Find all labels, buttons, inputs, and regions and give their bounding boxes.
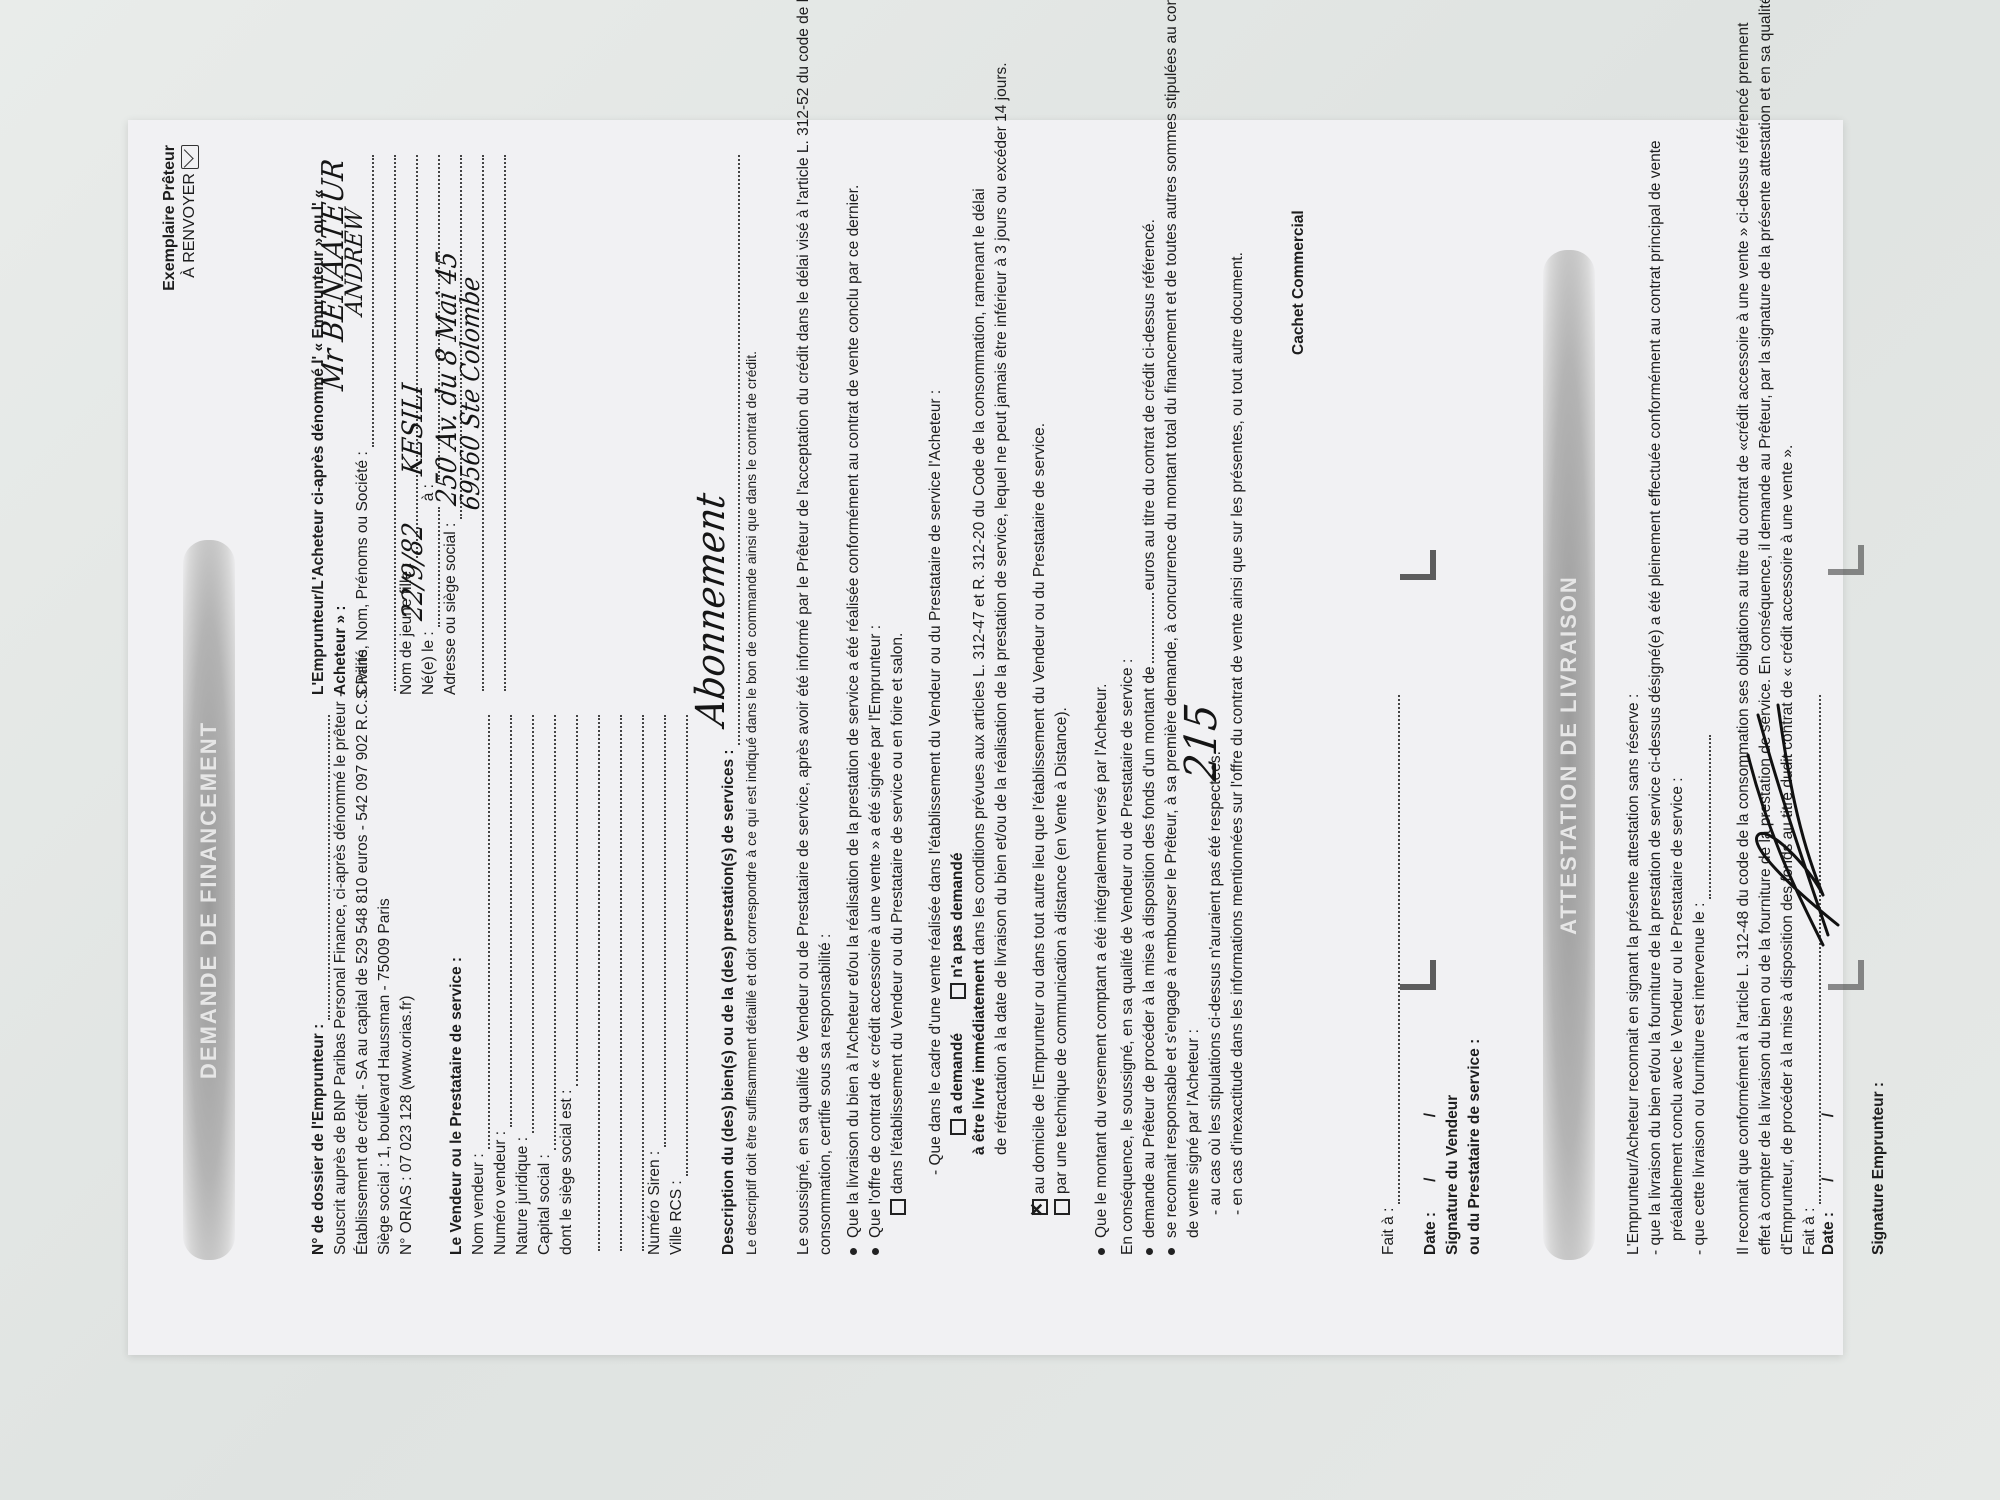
lender-info-line: Siège social : 1, boulevard Haussman - 7… — [374, 715, 396, 1255]
option-domicile[interactable]: au domicile de l'Emprunteur ou dans tout… — [1029, 145, 1051, 1255]
signature-corner-mark — [1400, 960, 1436, 990]
certification-consequence: En conséquence, le soussigné, en sa qual… — [1117, 145, 1139, 1255]
lender-info-line: N° ORIAS : 07 023 128 (www.orias.fr) — [396, 715, 418, 1255]
attestation-banner-title: ATTESTATION DE LIVRAISON — [1556, 575, 1582, 935]
attestation-section: L'Emprunteur/Acheteur reconnait en signa… — [1623, 145, 1711, 1255]
bullet-icon — [1098, 1248, 1105, 1255]
header-banner-title: DEMANDE DE FINANCEMENT — [196, 721, 222, 1079]
bullet-icon — [850, 1248, 857, 1255]
vendeur-field-numero[interactable]: Numéro vendeur : — [490, 715, 512, 1255]
handwritten-prenom: ANDREW — [340, 207, 368, 317]
livraison-conditions-line2: de rétractation à la date de livraison d… — [991, 145, 1013, 1255]
certification-intro: Le soussigné, en sa qualité de Vendeur o… — [793, 145, 815, 1255]
checkbox-na-pas-demande[interactable] — [950, 983, 966, 999]
vendeur-fait-a-field[interactable]: Fait à : — [1378, 695, 1400, 1255]
checkbox-a-demande[interactable] — [950, 1119, 966, 1135]
vendeur-title: Le Vendeur ou le Prestataire de service … — [446, 715, 468, 1255]
certification-bullet-versement: Que le montant du versement comptant a é… — [1091, 145, 1113, 1255]
option-demande-group: a demandé n'a pas demandé — [947, 145, 969, 1255]
copy-label: Exemplaire Prêteur À RENVOYER — [160, 145, 200, 355]
vendeur-field-siege-line3[interactable] — [600, 715, 622, 1255]
vendeur-section: Le Vendeur ou le Prestataire de service … — [446, 715, 688, 1255]
envelope-icon — [181, 145, 199, 169]
certification-cas1: - au cas où les stipulations ci-dessus n… — [1205, 145, 1227, 1255]
dossier-section: N° de dossier de l'Emprunteur : Souscrit… — [308, 715, 418, 1255]
lender-info-line: Établissement de crédit - SA au capital … — [352, 715, 374, 1255]
vendeur-field-nature[interactable]: Nature juridique : — [512, 715, 534, 1255]
copy-label-line2: À RENVOYER — [180, 145, 200, 355]
document-sheet-rotated: DEMANDE DE FINANCEMENT Exemplaire Prêteu… — [128, 120, 1843, 1355]
certification-bullet-livraison: Que la livraison du bien à l'Acheteur et… — [843, 145, 865, 1255]
attestation-signature-label: Signature Emprunteur : — [1868, 1082, 1890, 1255]
certification-bullet-offre: Que l'offre de contrat de « crédit acces… — [865, 145, 887, 1255]
bullet-icon — [1146, 1248, 1153, 1255]
option-etablissement[interactable]: dans l'établissement du Vendeur ou du Pr… — [887, 145, 909, 1255]
certification-demande-montant: demande au Prêteur de procéder à la mise… — [1139, 145, 1161, 1255]
lender-info-line: Souscrit auprès de BNP Paribas Personal … — [330, 715, 352, 1255]
vendeur-signature-label-line2: ou du Prestataire de service : — [1464, 695, 1486, 1255]
bullet-icon — [1168, 1248, 1175, 1255]
checkbox-etablissement[interactable] — [890, 1199, 906, 1215]
handwritten-birthdate: 22/9/82 — [396, 521, 429, 623]
bullet-icon — [872, 1248, 879, 1255]
attestation-date-field[interactable]: Date :/ / — [1818, 1085, 1840, 1255]
vendeur-signature-label-line1: Signature du Vendeur — [1442, 695, 1464, 1255]
vendeur-field-siege[interactable]: dont le siège social est : — [556, 715, 578, 1255]
borrower-signature-corner-mark — [1828, 960, 1864, 990]
handwritten-address-line2: 69560 Ste Colombe — [456, 275, 486, 512]
handwritten-description: Abonnement — [688, 490, 734, 728]
attestation-intro: L'Emprunteur/Acheteur reconnait en signa… — [1623, 145, 1645, 1255]
certification-cas2: - en cas d'inexactitude dans les informa… — [1227, 145, 1249, 1255]
certification-section: Le soussigné, en sa qualité de Vendeur o… — [793, 145, 1249, 1255]
certification-cadre-line: - Que dans le cadre d'une vente réalisée… — [925, 145, 947, 1255]
header-banner: DEMANDE DE FINANCEMENT — [183, 540, 235, 1260]
vendeur-field-siren[interactable]: Numéro Siren : — [644, 715, 666, 1255]
borrower-signature — [1728, 695, 1858, 955]
description-note: Le descriptif doit être suffisamment dét… — [740, 155, 762, 1255]
vendeur-field-rcs[interactable]: Ville RCS : — [666, 715, 688, 1255]
montant-field[interactable] — [1140, 593, 1154, 663]
vendeur-field-nom[interactable]: Nom vendeur : — [468, 715, 490, 1255]
vendeur-field-capital[interactable]: Capital social : — [534, 715, 556, 1255]
copy-label-line1: Exemplaire Prêteur — [160, 145, 180, 355]
stamp-corner-mark — [1400, 550, 1436, 580]
option-distance[interactable]: par une technique de communication à dis… — [1051, 145, 1073, 1255]
vendeur-field-siege-line2[interactable] — [578, 715, 600, 1255]
attestation-point1: - que la livraison du bien et/ou la four… — [1645, 145, 1667, 1255]
adresse-field-line3[interactable] — [484, 155, 506, 695]
borrower-stamp-corner-mark — [1828, 545, 1864, 575]
document-page: DEMANDE DE FINANCEMENT Exemplaire Prêteu… — [128, 120, 1843, 1355]
handwritten-birthplace: KESILI — [396, 382, 429, 478]
vendeur-field-siege-line4[interactable] — [622, 715, 644, 1255]
handwritten-montant: 215 — [1176, 701, 1227, 784]
dossier-number-field[interactable]: N° de dossier de l'Emprunteur : — [308, 715, 330, 1255]
civilite-field-line2[interactable] — [374, 155, 396, 695]
dossier-number-line[interactable] — [316, 715, 330, 1020]
checkbox-domicile[interactable] — [1032, 1199, 1048, 1215]
attestation-date-livraison-field[interactable]: - que cette livraison ou fourniture est … — [1689, 735, 1711, 1255]
option-a-demande[interactable]: a demandé — [949, 1033, 966, 1135]
attestation-banner: ATTESTATION DE LIVRAISON — [1543, 250, 1595, 1260]
checkbox-distance[interactable] — [1054, 1199, 1070, 1215]
livraison-conditions-line1: à être livré immédiatement dans les cond… — [969, 145, 991, 1255]
cachet-commercial-label: Cachet Commercial — [1288, 210, 1310, 355]
option-na-pas-demande[interactable]: n'a pas demandé — [949, 853, 966, 999]
